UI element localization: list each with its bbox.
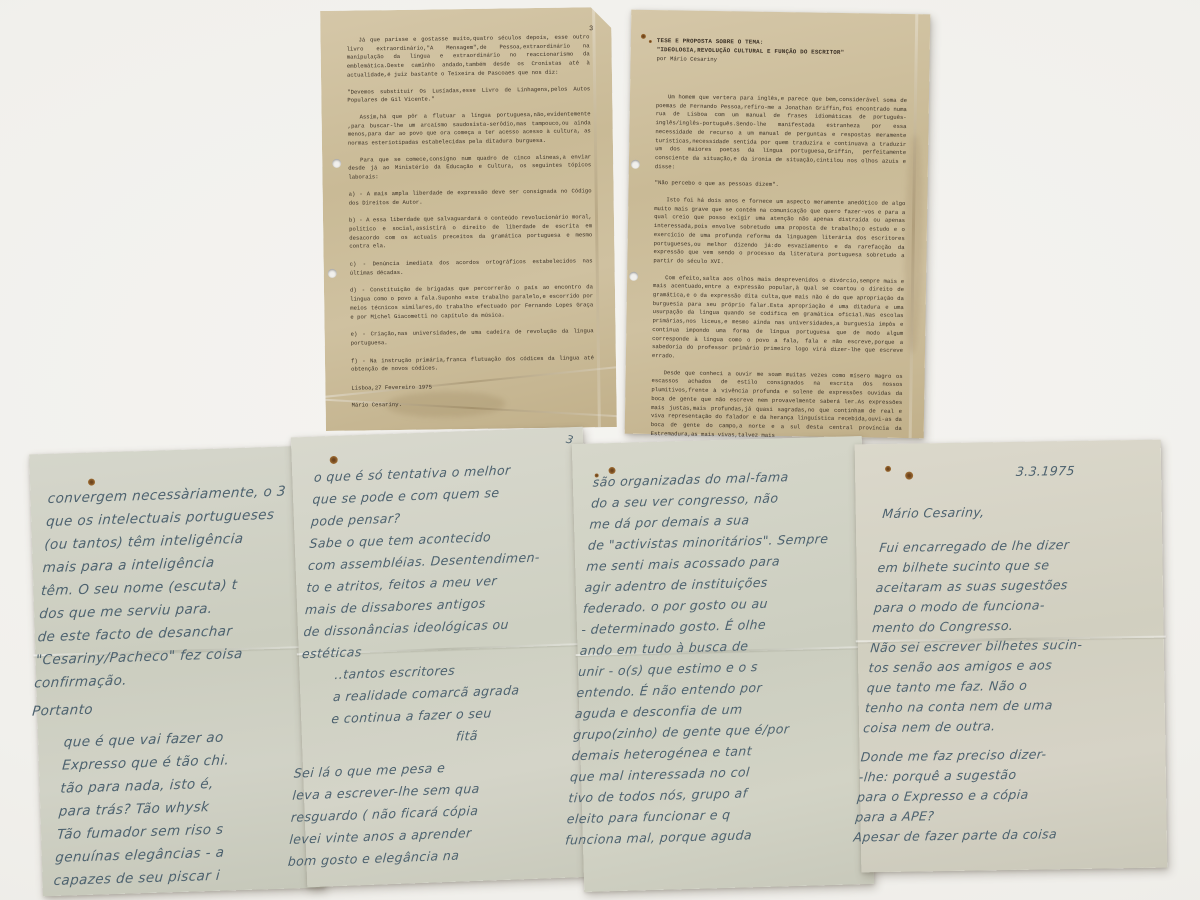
list-item: b) - A essa liberdade que salvaguardará … <box>349 214 592 252</box>
paragraph: Um homem que vertera para inglês,e parec… <box>655 93 907 175</box>
paragraph: "Devemos substituir Os Lusíadas,esse Liv… <box>347 85 590 106</box>
list-item: a) - A mais ampla liberdade de expressão… <box>349 187 592 208</box>
paragraph: Já que parisse e gostasse muito,quatro s… <box>346 33 590 80</box>
paragraph: Com efeito,salta aos olhos mais despreve… <box>652 274 904 365</box>
handwritten-date: 3.3.1975 <box>1015 460 1149 482</box>
list-item: f) - Na instrução primária,franca flutua… <box>351 354 594 375</box>
handwriting-line: Portanto <box>31 693 283 724</box>
handwriting-line: fitã <box>455 722 554 748</box>
handwriting: 3.3.1975 Mário Cesariny, Fui encarregado… <box>819 440 1161 848</box>
list-item: e) - Criação,nas universidades,de uma ca… <box>351 328 594 349</box>
photo-of-documents: 3 Já que parisse e gostasse muito,quatro… <box>0 0 1200 900</box>
paragraph: Para que se comece,consigno num quadro d… <box>348 153 591 182</box>
typed-letter-page: 3 Já que parisse e gostasse muito,quatro… <box>320 7 617 431</box>
typed-text: TESE E PROPOSTA SOBRE O TEMA: "IDEOLOGIA… <box>625 10 931 439</box>
place-date: Lisboa,27 Fevereiro 1975 <box>351 381 594 393</box>
typed-essay-page: TESE E PROPOSTA SOBRE O TEMA: "IDEOLOGIA… <box>625 10 931 439</box>
paragraph: Isto foi há dois anos e fornece um aspec… <box>653 196 905 270</box>
salutation: Mário Cesariny, <box>882 500 1146 524</box>
handwriting: o que é só tentativa o melhor que se pod… <box>261 427 583 874</box>
handwriting-line: Apesar de fazer parte da coisa <box>853 823 1117 847</box>
typed-text: Já que parisse e gostasse muito,quatro s… <box>320 7 617 431</box>
paragraph: Assim,há que pôr a flutuar a língua port… <box>348 110 591 148</box>
handwritten-page-4: 3.3.1975 Mário Cesariny, Fui encarregado… <box>855 440 1168 873</box>
paragraph: Desde que conheci a ouvir me soam muitas… <box>651 369 903 443</box>
list-item: d) - Constituição de brigadas que percor… <box>350 284 593 322</box>
list-item: c) - Denúncia imediata dos acordos ortog… <box>350 257 593 278</box>
paragraph: "Não percebo o que as pessoas dizem". <box>655 179 906 192</box>
handwriting: são organizadas do mal-fama do a seu ver… <box>540 436 861 851</box>
author-name: Mário Cesariny. <box>352 398 595 410</box>
handwriting-line: coisa nem de outra. <box>862 714 1126 738</box>
